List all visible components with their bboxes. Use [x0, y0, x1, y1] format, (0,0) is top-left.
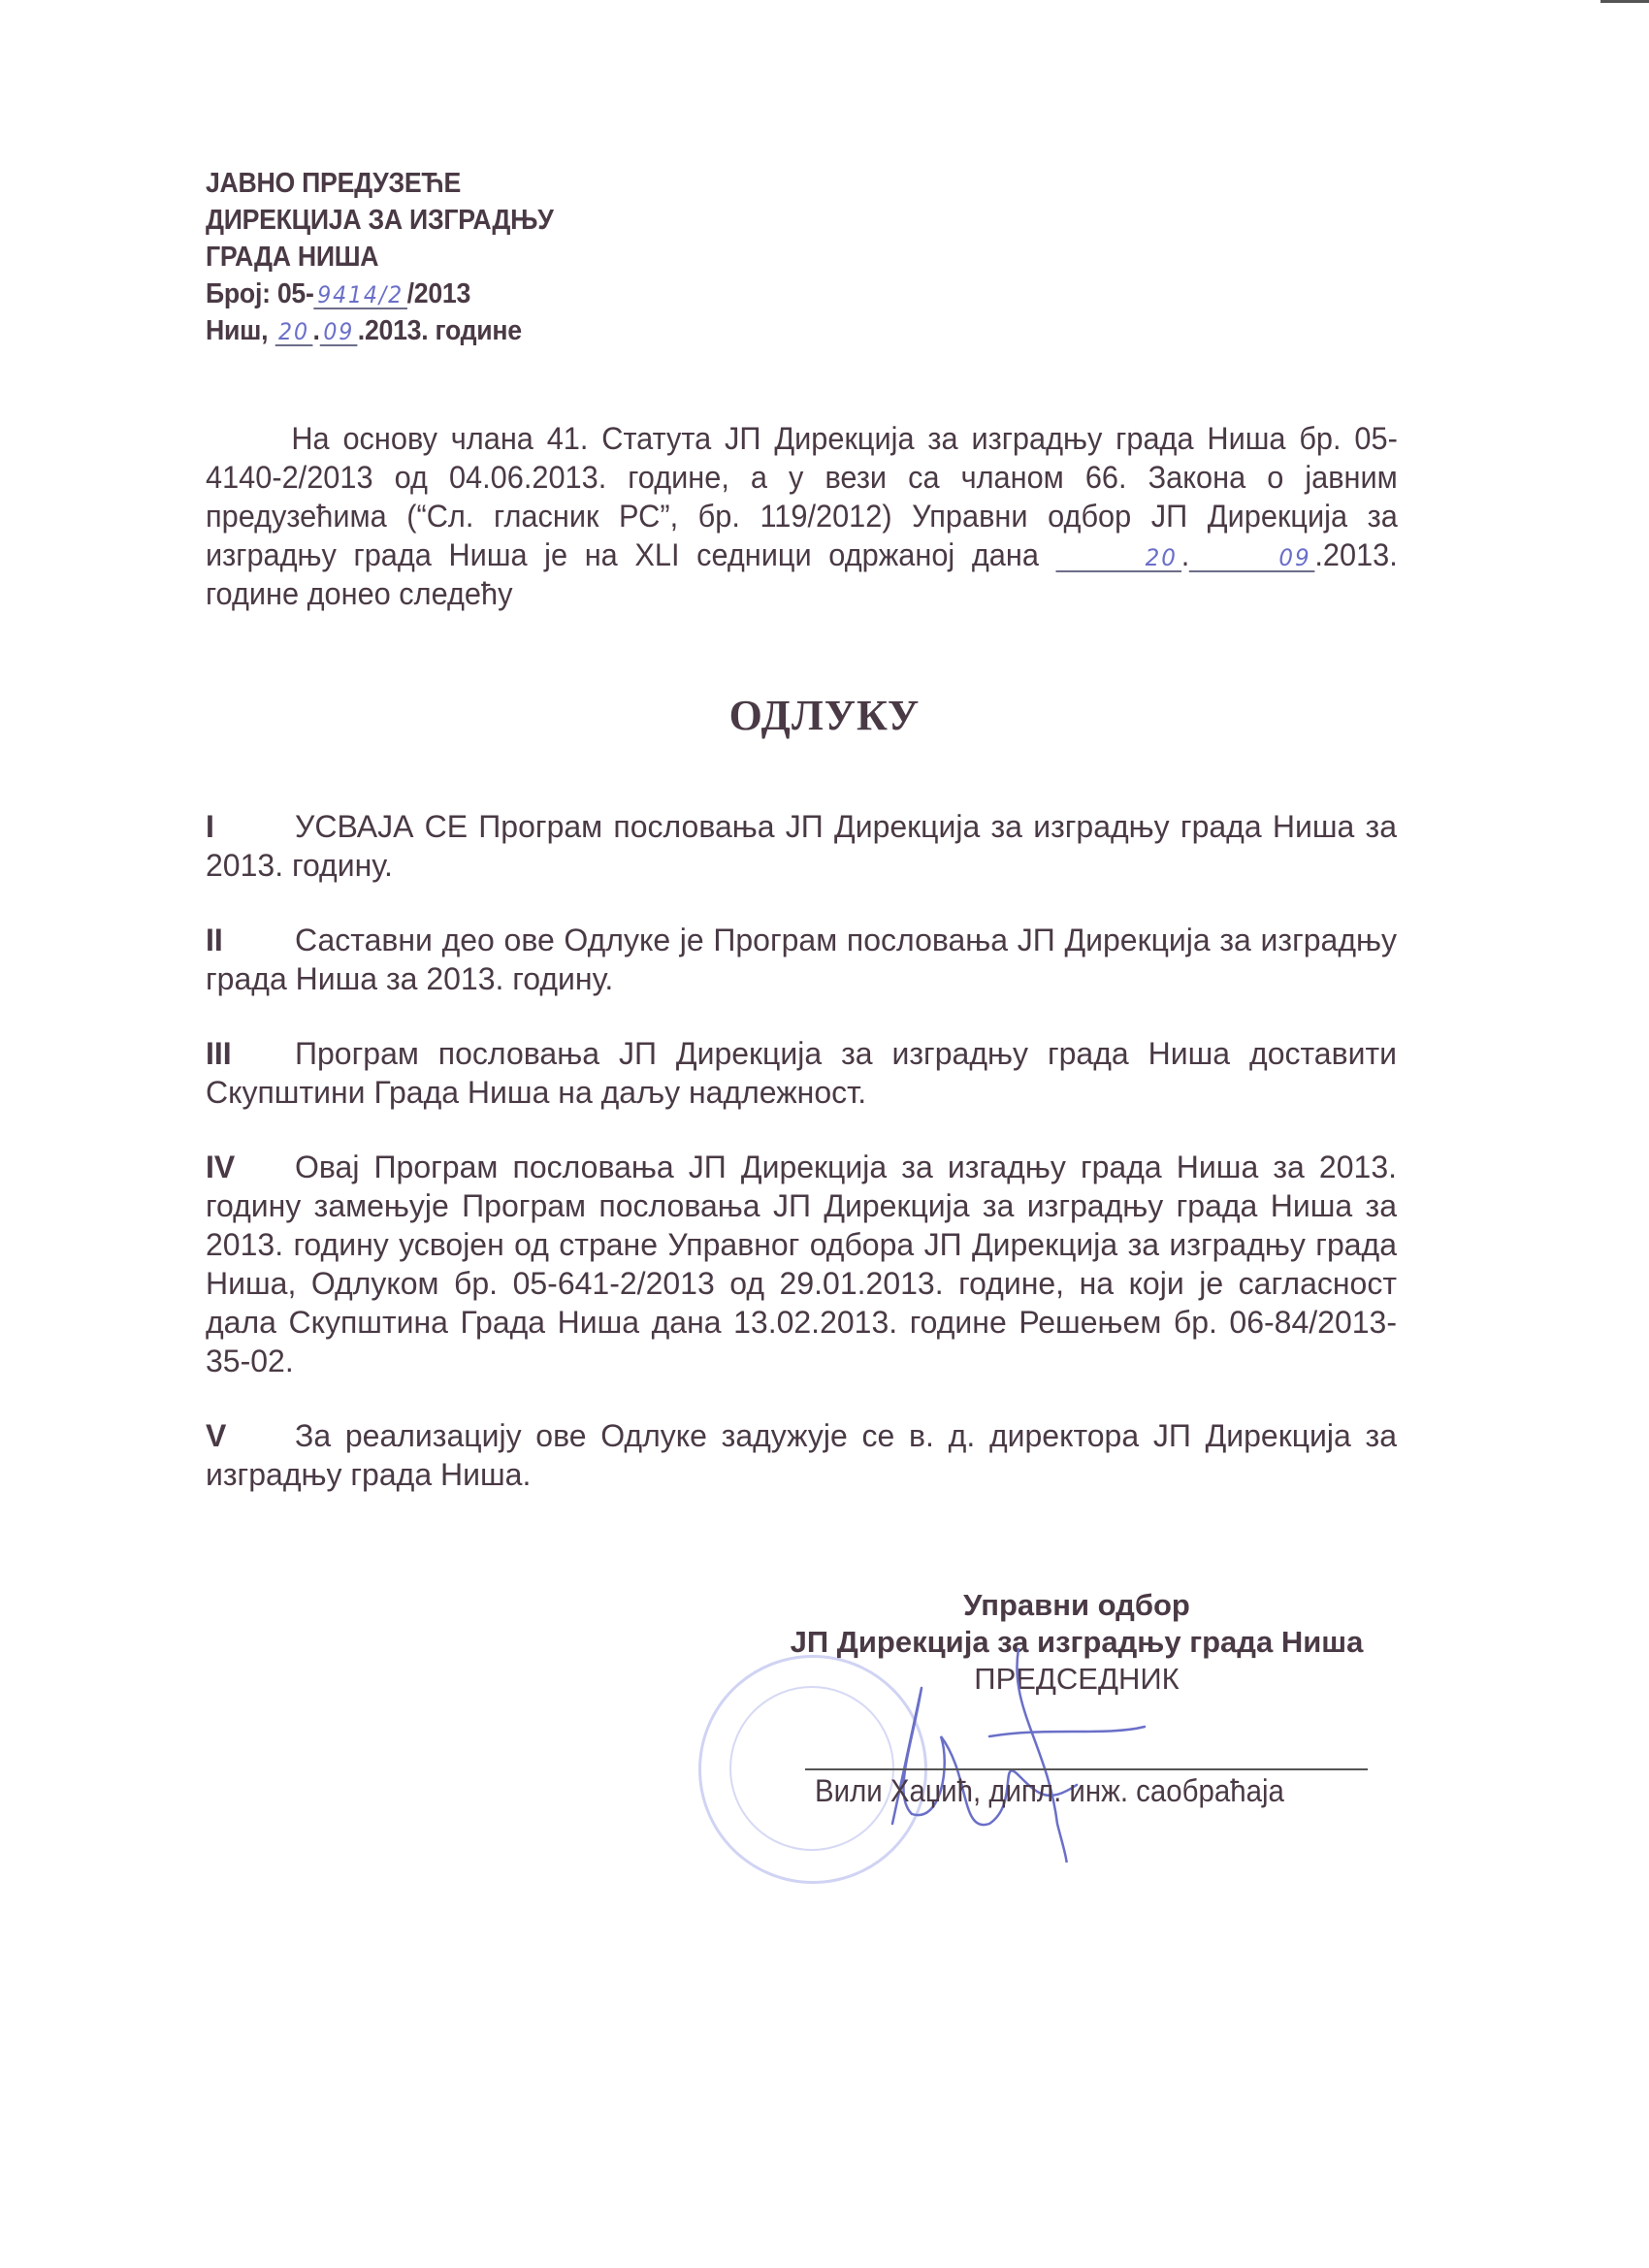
article-text: За реализацију ове Одлуке задужује се в.…	[206, 1416, 1397, 1494]
document-date-suffix: .2013. године	[358, 315, 522, 346]
signer-name: Вили Хаџић, дипл. инж. саобраћаја	[815, 1773, 1284, 1809]
document-date: Ниш, 20.09.2013. године	[206, 312, 554, 349]
article-item: I УСВАЈА СЕ Програм пословања ЈП Дирекци…	[206, 807, 1397, 885]
article-item: III Програм пословања ЈП Дирекција за из…	[206, 1034, 1397, 1112]
letterhead: ЈАВНО ПРЕДУЗЕЋЕ ДИРЕКЦИЈА ЗА ИЗГРАДЊУ ГР…	[206, 165, 554, 349]
document-date-day: 20	[275, 319, 312, 346]
article-text: Програм пословања ЈП Дирекција за изград…	[206, 1034, 1397, 1112]
article-number: I	[206, 807, 214, 846]
document-number-prefix: Број: 05-	[206, 278, 314, 309]
preamble: На основу члана 41. Статута ЈП Дирекција…	[206, 419, 1398, 613]
signature-body: Управни одбор	[737, 1587, 1416, 1624]
article-item: V За реализацију ове Одлуке задужује се …	[206, 1416, 1397, 1494]
document-number-handwritten: 9414/2	[314, 282, 407, 309]
document-number: Број: 05-9414/2/2013	[206, 275, 554, 312]
document-number-suffix: /2013	[407, 278, 470, 309]
article-number: II	[206, 921, 223, 959]
article-number: III	[206, 1034, 232, 1073]
preamble-paragraph: На основу члана 41. Статута ЈП Дирекција…	[206, 419, 1398, 613]
document-date-month: 09	[320, 319, 358, 346]
articles-list: I УСВАЈА СЕ Програм пословања ЈП Дирекци…	[206, 807, 1397, 1530]
preamble-date-day: 20	[1056, 545, 1181, 572]
handwritten-signature-icon	[854, 1630, 1222, 1863]
decision-title: ОДЛУКУ	[0, 691, 1649, 740]
preamble-date-month: 09	[1189, 545, 1314, 572]
scan-corner-mark	[1600, 0, 1649, 3]
document-date-prefix: Ниш,	[206, 315, 268, 346]
signature-line	[805, 1768, 1368, 1770]
article-item: II Саставни део ове Одлуке је Програм по…	[206, 921, 1397, 998]
article-text: Овај Програм пословања ЈП Дирекција за и…	[206, 1148, 1397, 1380]
article-number: IV	[206, 1148, 235, 1186]
article-item: IV Овај Програм пословања ЈП Дирекција з…	[206, 1148, 1397, 1380]
letterhead-line-3: ГРАДА НИША	[206, 239, 554, 275]
article-text: Саставни део ове Одлуке је Програм посло…	[206, 921, 1397, 998]
letterhead-line-2: ДИРЕКЦИЈА ЗА ИЗГРАДЊУ	[206, 202, 554, 239]
article-number: V	[206, 1416, 226, 1455]
article-text: УСВАЈА СЕ Програм пословања ЈП Дирекција…	[206, 807, 1397, 885]
letterhead-line-1: ЈАВНО ПРЕДУЗЕЋЕ	[206, 165, 554, 202]
